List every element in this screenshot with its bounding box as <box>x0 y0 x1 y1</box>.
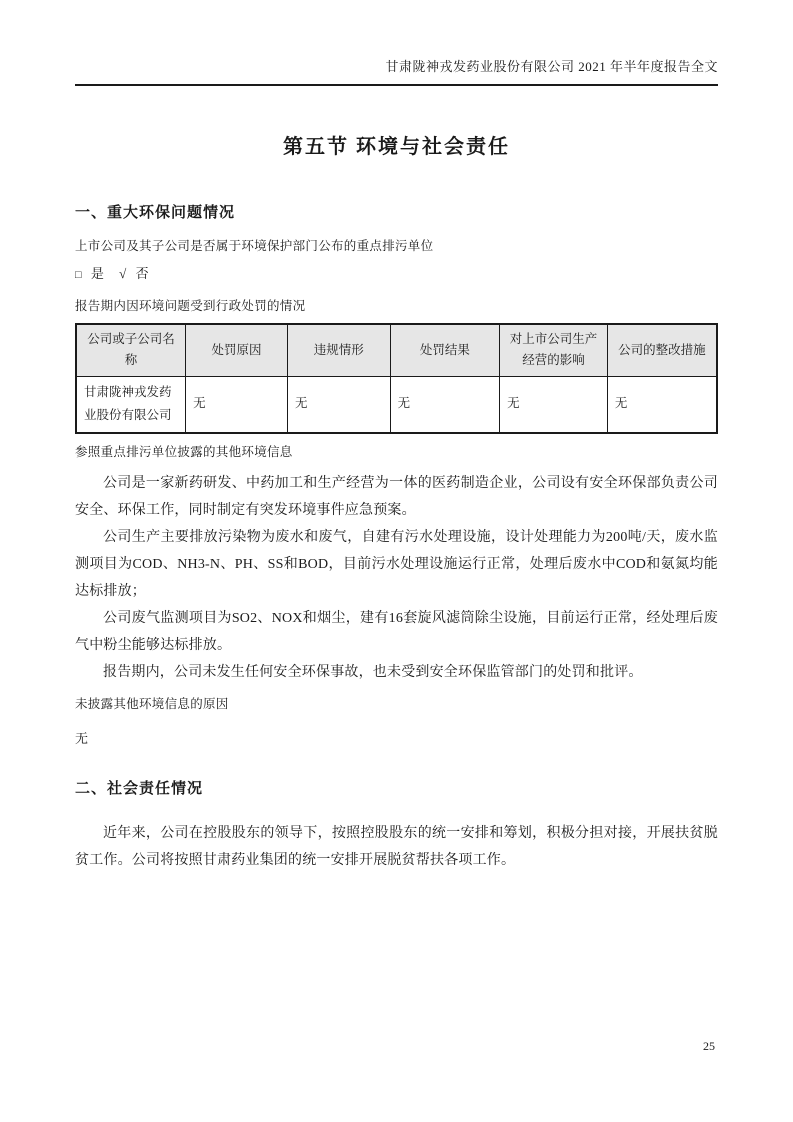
undisclosed-reason-value: 无 <box>75 728 718 747</box>
undisclosed-reason-label: 未披露其他环境信息的原因 <box>75 694 718 712</box>
section-2-heading: 二、社会责任情况 <box>75 777 718 798</box>
table-row: 甘肃陇神戎发药业股份有限公司 无 无 无 无 无 <box>76 376 717 433</box>
pollutant-unit-question: 上市公司及其子公司是否属于环境保护部门公布的重点排污单位 <box>75 236 718 254</box>
table-header-rectification: 公司的整改措施 <box>607 324 717 376</box>
table-cell-rectification: 无 <box>607 376 717 433</box>
checkmark-icon: √ <box>109 266 131 281</box>
environment-paragraphs: 公司是一家新药研发、中药加工和生产经营为一体的医药制造企业，公司设有安全环保部负… <box>75 470 718 686</box>
paragraph-exhaust-gas: 公司废气监测项目为SO2、NOX和烟尘，建有16套旋风滤筒除尘设施，目前运行正常… <box>75 605 718 659</box>
penalty-intro-line: 报告期内因环境问题受到行政处罚的情况 <box>75 296 718 314</box>
table-header-row: 公司或子公司名称 处罚原因 违规情形 处罚结果 对上市公司生产经营的影响 公司的… <box>76 324 717 376</box>
page-number: 25 <box>703 1039 715 1054</box>
page-title: 第五节 环境与社会责任 <box>75 130 718 159</box>
penalty-table-head: 公司或子公司名称 处罚原因 违规情形 处罚结果 对上市公司生产经营的影响 公司的… <box>76 324 717 376</box>
table-header-impact: 对上市公司生产经营的影响 <box>500 324 608 376</box>
section-1-heading: 一、重大环保问题情况 <box>75 201 718 222</box>
document-header: 甘肃陇神戎发药业股份有限公司 2021 年半年度报告全文 <box>75 56 718 86</box>
table-cell-violation: 无 <box>288 376 391 433</box>
paragraph-wastewater: 公司生产主要排放污染物为废水和废气，自建有污水处理设施，设计处理能力为200吨/… <box>75 524 718 605</box>
option-yes-label: 是 <box>91 266 105 281</box>
penalty-table: 公司或子公司名称 处罚原因 违规情形 处罚结果 对上市公司生产经营的影响 公司的… <box>75 323 718 434</box>
penalty-table-body: 甘肃陇神戎发药业股份有限公司 无 无 无 无 无 <box>76 376 717 433</box>
report-page: 甘肃陇神戎发药业股份有限公司 2021 年半年度报告全文 第五节 环境与社会责任… <box>0 56 793 874</box>
paragraph-company-overview: 公司是一家新药研发、中药加工和生产经营为一体的医药制造企业，公司设有安全环保部负… <box>75 470 718 524</box>
table-cell-result: 无 <box>390 376 500 433</box>
other-env-info-note: 参照重点排污单位披露的其他环境信息 <box>75 442 718 460</box>
table-header-result: 处罚结果 <box>390 324 500 376</box>
table-cell-impact: 无 <box>500 376 608 433</box>
paragraph-no-accidents: 报告期内，公司未发生任何安全环保事故，也未受到安全环保监管部门的处罚和批评。 <box>75 659 718 686</box>
option-no-label: 否 <box>136 266 150 281</box>
yes-no-selection: □ 是 √ 否 <box>75 263 718 282</box>
checkbox-unchecked-icon: □ <box>75 269 87 281</box>
table-cell-reason: 无 <box>186 376 288 433</box>
table-header-company: 公司或子公司名称 <box>76 324 186 376</box>
table-header-violation: 违规情形 <box>288 324 391 376</box>
paragraph-social-responsibility: 近年来，公司在控股股东的领导下，按照控股股东的统一安排和筹划，积极分担对接，开展… <box>75 820 718 874</box>
table-header-reason: 处罚原因 <box>186 324 288 376</box>
table-cell-company: 甘肃陇神戎发药业股份有限公司 <box>76 376 186 433</box>
